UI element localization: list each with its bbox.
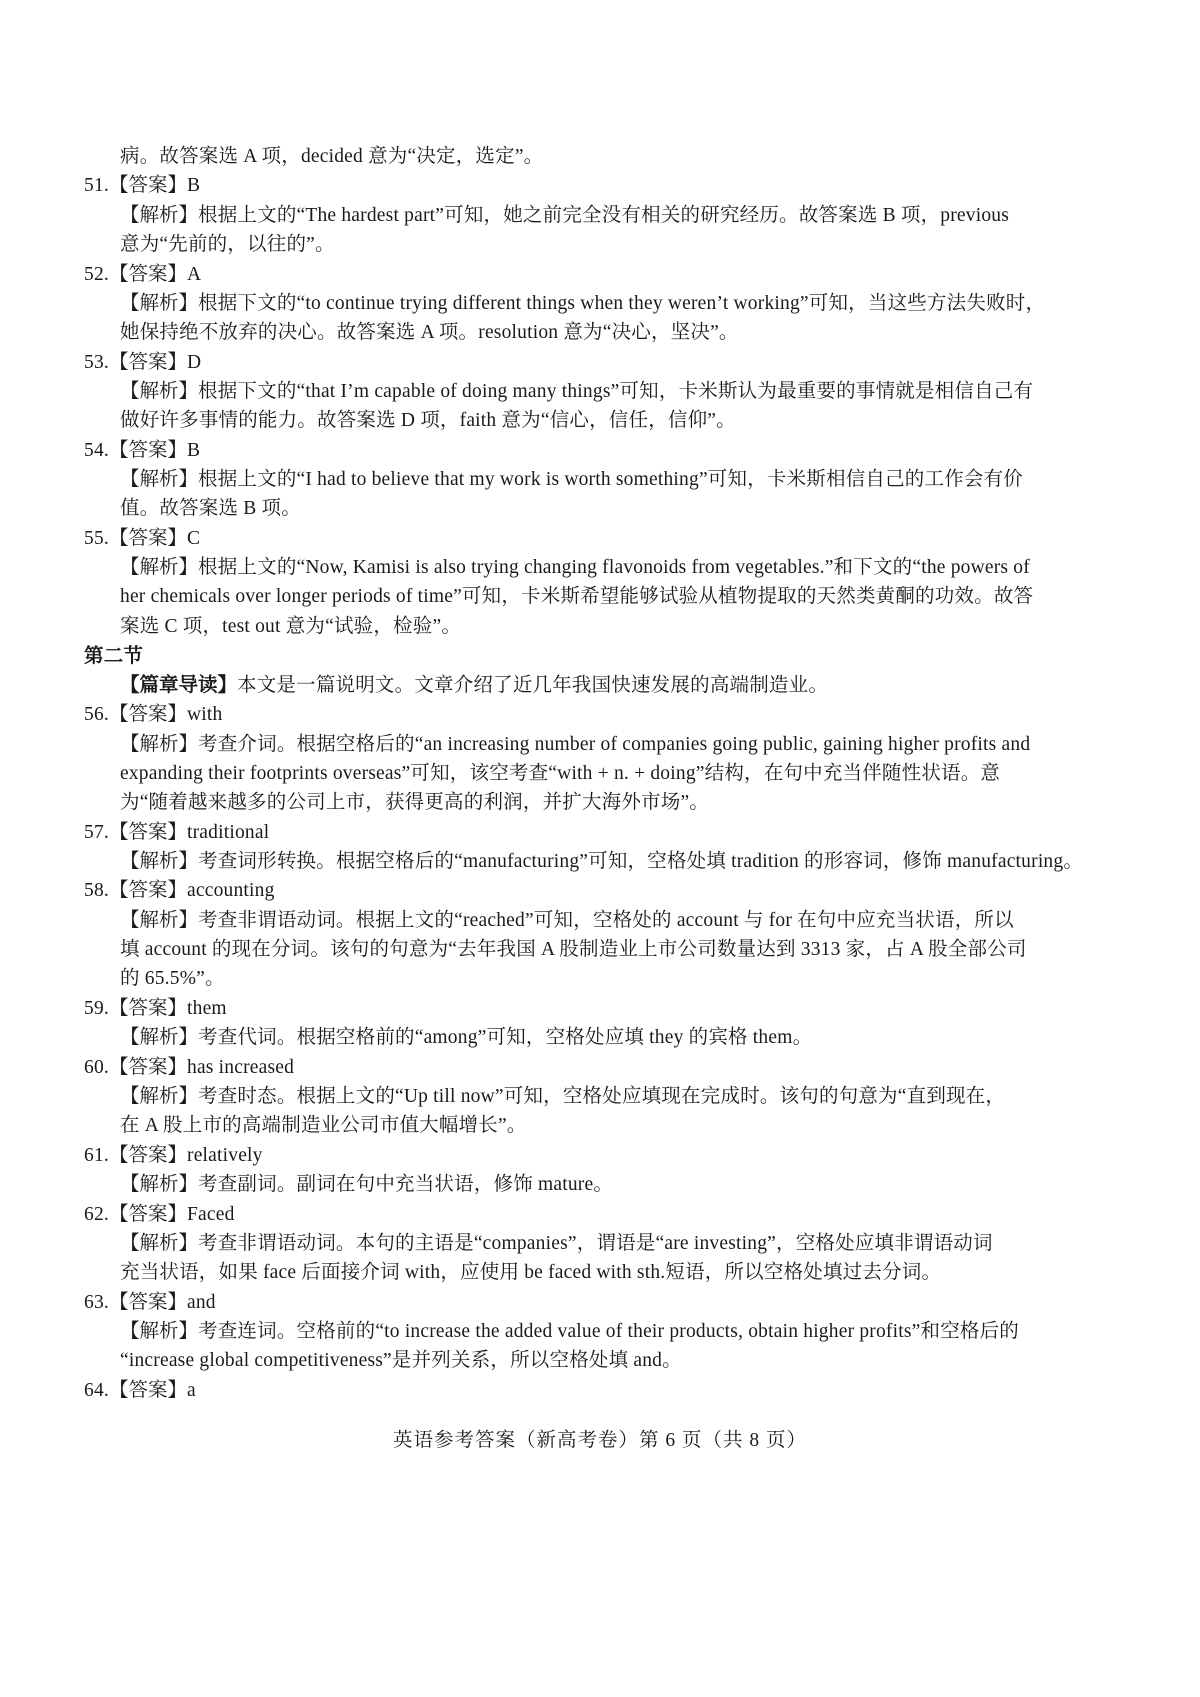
- answer-value: relatively: [187, 1145, 263, 1166]
- analysis-tag: 【解析】: [120, 381, 198, 402]
- answer-value: a: [187, 1380, 196, 1401]
- analysis-tag: 【解析】: [120, 910, 198, 931]
- answer-line-58: 58.【答案】accounting: [84, 877, 275, 905]
- analysis-line: her chemicals over longer periods of tim…: [120, 583, 1033, 611]
- answer-value: traditional: [187, 822, 269, 843]
- analysis-tag: 【解析】: [120, 851, 198, 872]
- analysis-text: 考查非谓语动词。根据上文的“reached”可知，空格处的 account 与 …: [198, 910, 1014, 931]
- analysis-line: 【解析】考查词形转换。根据空格后的“manufacturing”可知，空格处填 …: [120, 848, 1083, 876]
- analysis-line: 填 account 的现在分词。该句的句意为“去年我国 A 股制造业上市公司数量…: [120, 936, 1027, 964]
- item-number: 53.: [84, 352, 109, 373]
- analysis-text: 根据下文的“to continue trying different thing…: [198, 293, 1045, 314]
- analysis-text: 考查代词。根据空格前的“among”可知，空格处应填 they 的宾格 them…: [198, 1027, 812, 1048]
- analysis-line: 【解析】根据上文的“The hardest part”可知，她之前完全没有相关的…: [120, 202, 1009, 230]
- answer-tag: 【答案】: [109, 528, 187, 549]
- analysis-line: 她保持绝不放弃的决心。故答案选 A 项。resolution 意为“决心，坚决”…: [120, 319, 739, 347]
- answer-line-53: 53.【答案】D: [84, 349, 201, 377]
- item-number: 52.: [84, 264, 109, 285]
- answer-tag: 【答案】: [109, 1204, 187, 1225]
- guide-tag: 【篇章导读】: [120, 675, 237, 696]
- analysis-line: 【解析】根据下文的“that I’m capable of doing many…: [120, 378, 1033, 406]
- guide-text: 本文是一篇说明文。文章介绍了近几年我国快速发展的高端制造业。: [237, 675, 828, 696]
- answer-line-52: 52.【答案】A: [84, 261, 201, 289]
- analysis-tag: 【解析】: [120, 734, 198, 755]
- analysis-tag: 【解析】: [120, 1233, 198, 1254]
- analysis-line: 【解析】考查连词。空格前的“to increase the added valu…: [120, 1318, 1019, 1346]
- item-number: 64.: [84, 1380, 109, 1401]
- analysis-line: 【解析】考查非谓语动词。本句的主语是“companies”，谓语是“are in…: [120, 1230, 993, 1258]
- answer-line-63: 63.【答案】and: [84, 1289, 216, 1317]
- answer-value: A: [187, 264, 201, 285]
- answer-line-59: 59.【答案】them: [84, 995, 227, 1023]
- analysis-text: 考查介词。根据空格后的“an increasing number of comp…: [198, 734, 1030, 755]
- item-number: 63.: [84, 1292, 109, 1313]
- analysis-line: 【解析】考查时态。根据上文的“Up till now”可知，空格处应填现在完成时…: [120, 1083, 1005, 1111]
- analysis-tag: 【解析】: [120, 205, 198, 226]
- answer-line-64: 64.【答案】a: [84, 1377, 196, 1405]
- answer-tag: 【答案】: [109, 264, 187, 285]
- analysis-tag: 【解析】: [120, 293, 198, 314]
- answer-tag: 【答案】: [109, 175, 187, 196]
- page-footer: 英语参考答案（新高考卷）第 6 页（共 8 页）: [0, 1427, 1200, 1455]
- analysis-line: 【解析】考查代词。根据空格前的“among”可知，空格处应填 they 的宾格 …: [120, 1024, 812, 1052]
- item-number: 60.: [84, 1057, 109, 1078]
- analysis-text: 根据上文的“Now, Kamisi is also trying changin…: [198, 557, 1030, 578]
- analysis-tag: 【解析】: [120, 1027, 198, 1048]
- answer-line-54: 54.【答案】B: [84, 437, 200, 465]
- answer-line-57: 57.【答案】traditional: [84, 819, 269, 847]
- answer-value: B: [187, 440, 200, 461]
- item-number: 62.: [84, 1204, 109, 1225]
- analysis-line: 意为“先前的，以往的”。: [120, 231, 335, 259]
- answer-line-51: 51.【答案】B: [84, 172, 200, 200]
- analysis-tag: 【解析】: [120, 557, 198, 578]
- analysis-tag: 【解析】: [120, 1086, 198, 1107]
- analysis-line: 【解析】根据下文的“to continue trying different t…: [120, 290, 1045, 318]
- item-number: 57.: [84, 822, 109, 843]
- answer-value: has increased: [187, 1057, 294, 1078]
- answer-line-60: 60.【答案】has increased: [84, 1054, 294, 1082]
- answer-tag: 【答案】: [109, 998, 187, 1019]
- item-number: 61.: [84, 1145, 109, 1166]
- analysis-line: 为“随着越来越多的公司上市，获得更高的利润，并扩大海外市场”。: [120, 789, 709, 817]
- analysis-text: 考查副词。副词在句中充当状语，修饰 mature。: [198, 1174, 613, 1195]
- analysis-text: 考查连词。空格前的“to increase the added value of…: [198, 1321, 1019, 1342]
- answer-tag: 【答案】: [109, 1292, 187, 1313]
- analysis-line: 【解析】考查非谓语动词。根据上文的“reached”可知，空格处的 accoun…: [120, 907, 1014, 935]
- answer-value: and: [187, 1292, 216, 1313]
- item-number: 55.: [84, 528, 109, 549]
- answer-value: accounting: [187, 880, 275, 901]
- analysis-line: 【解析】考查介词。根据空格后的“an increasing number of …: [120, 731, 1030, 759]
- analysis-line: 【解析】考查副词。副词在句中充当状语，修饰 mature。: [120, 1171, 613, 1199]
- lead-in-text: 病。故答案选 A 项，decided 意为“决定，选定”。: [120, 143, 543, 171]
- analysis-line: “increase global competitiveness”是并列关系，所…: [120, 1347, 682, 1375]
- item-number: 51.: [84, 175, 109, 196]
- analysis-tag: 【解析】: [120, 1321, 198, 1342]
- item-number: 59.: [84, 998, 109, 1019]
- answer-line-62: 62.【答案】Faced: [84, 1201, 235, 1229]
- answer-tag: 【答案】: [109, 1057, 187, 1078]
- analysis-line: 做好许多事情的能力。故答案选 D 项，faith 意为“信心，信任，信仰”。: [120, 407, 736, 435]
- answer-tag: 【答案】: [109, 880, 187, 901]
- answer-tag: 【答案】: [109, 352, 187, 373]
- answer-line-61: 61.【答案】relatively: [84, 1142, 263, 1170]
- analysis-text: 根据下文的“that I’m capable of doing many thi…: [198, 381, 1033, 402]
- answer-key-page: 病。故答案选 A 项，decided 意为“决定，选定”。 51.【答案】B 【…: [0, 0, 1200, 1697]
- analysis-line: 案选 C 项，test out 意为“试验，检验”。: [120, 613, 461, 641]
- item-number: 58.: [84, 880, 109, 901]
- answer-value: Faced: [187, 1204, 235, 1225]
- answer-value: B: [187, 175, 200, 196]
- answer-value: them: [187, 998, 227, 1019]
- analysis-line: 的 65.5%”。: [120, 965, 225, 993]
- analysis-text: 考查非谓语动词。本句的主语是“companies”，谓语是“are invest…: [198, 1233, 993, 1254]
- analysis-tag: 【解析】: [120, 469, 198, 490]
- answer-tag: 【答案】: [109, 1145, 187, 1166]
- answer-tag: 【答案】: [109, 822, 187, 843]
- analysis-line: 充当状语，如果 face 后面接介词 with，应使用 be faced wit…: [120, 1259, 941, 1287]
- answer-value: with: [187, 704, 222, 725]
- analysis-line: 在 A 股上市的高端制造业公司市值大幅增长”。: [120, 1112, 527, 1140]
- analysis-text: 根据上文的“I had to believe that my work is w…: [198, 469, 1023, 490]
- analysis-text: 根据上文的“The hardest part”可知，她之前完全没有相关的研究经历…: [198, 205, 1009, 226]
- answer-value: C: [187, 528, 200, 549]
- answer-line-56: 56.【答案】with: [84, 701, 222, 729]
- analysis-line: expanding their footprints overseas”可知，该…: [120, 760, 1000, 788]
- chapter-guide: 【篇章导读】本文是一篇说明文。文章介绍了近几年我国快速发展的高端制造业。: [120, 672, 828, 700]
- answer-tag: 【答案】: [109, 440, 187, 461]
- item-number: 56.: [84, 704, 109, 725]
- item-number: 54.: [84, 440, 109, 461]
- analysis-line: 【解析】根据上文的“I had to believe that my work …: [120, 466, 1023, 494]
- analysis-line: 值。故答案选 B 项。: [120, 495, 301, 523]
- analysis-text: 考查时态。根据上文的“Up till now”可知，空格处应填现在完成时。该句的…: [198, 1086, 1005, 1107]
- analysis-tag: 【解析】: [120, 1174, 198, 1195]
- analysis-line: 【解析】根据上文的“Now, Kamisi is also trying cha…: [120, 554, 1030, 582]
- answer-tag: 【答案】: [109, 1380, 187, 1401]
- analysis-text: 考查词形转换。根据空格后的“manufacturing”可知，空格处填 trad…: [198, 851, 1083, 872]
- section-title: 第二节: [84, 643, 143, 671]
- answer-tag: 【答案】: [109, 704, 187, 725]
- answer-value: D: [187, 352, 201, 373]
- answer-line-55: 55.【答案】C: [84, 525, 200, 553]
